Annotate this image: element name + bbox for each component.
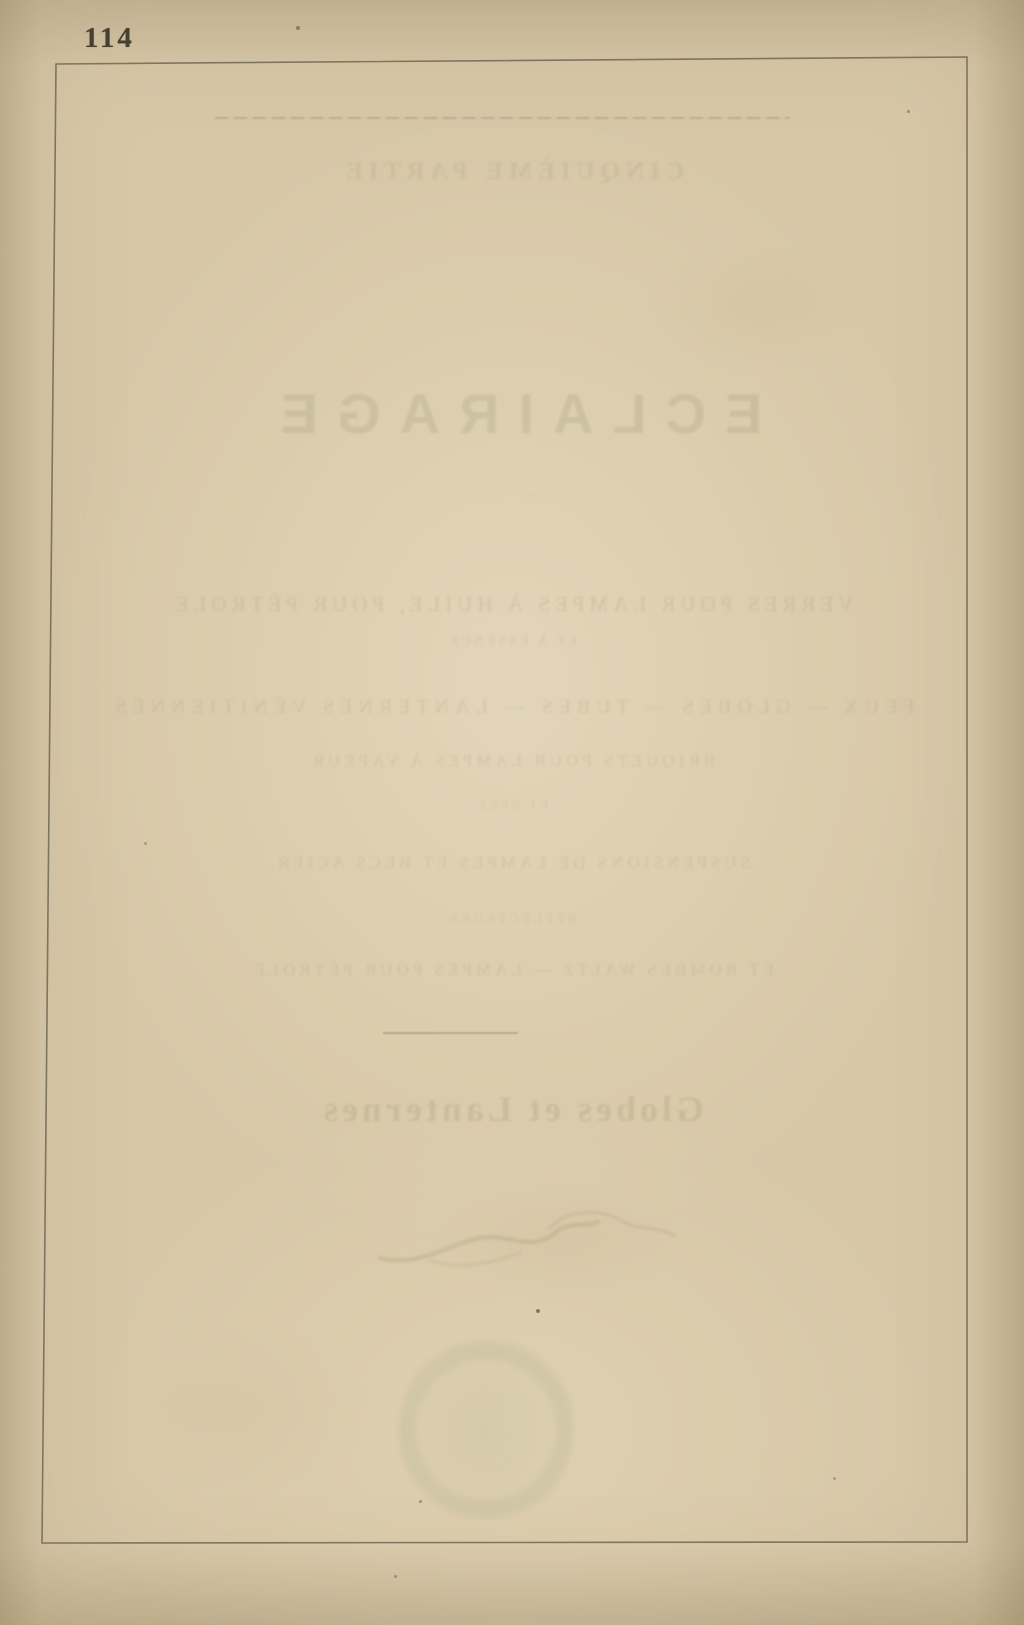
paper-speck — [907, 110, 910, 113]
ghost-signature-scribble — [370, 1198, 690, 1288]
paper-speck — [144, 842, 147, 845]
scanned-book-page: 114 CINQUIÈME PARTIE ECLAIRAGE — ◦ — VER… — [0, 0, 1024, 1625]
ghost-line: ET À ESSENCE — [447, 634, 578, 650]
ghost-line: VERRES POUR LAMPES À HUILE, POUR PÉTROLE — [171, 592, 853, 617]
paper-speck — [419, 1500, 422, 1503]
ghost-ornament: — ◦ — — [486, 486, 538, 502]
paper-speck — [536, 1309, 540, 1313]
ghost-main-title: ECLAIRAGE — [262, 381, 763, 446]
ghost-stamp — [398, 1336, 574, 1524]
page-number: 114 — [84, 22, 135, 55]
paper-speck — [296, 26, 300, 30]
ghost-line: ET BECS — [476, 797, 548, 813]
ghost-line: ET BOMBES WALTZ — LAMPES POUR PÉTROLE — [250, 960, 774, 980]
ghost-line: BRIQUETS POUR LAMPES À VAPEUR — [309, 751, 715, 771]
ghost-line: SUSPENSIONS DE LAMPES ET BECS ACIER — [274, 853, 750, 873]
ghost-part-heading: CINQUIÈME PARTIE — [340, 158, 684, 186]
ghost-line: RÉFLECTEURS — [447, 912, 576, 928]
ghost-chapter-heading: Globes et Lanternes — [320, 1088, 704, 1130]
ghost-rule-top — [215, 117, 790, 119]
paper-speck — [833, 1477, 836, 1480]
paper-speck — [394, 1575, 397, 1578]
ghost-line: FEUX — GLOBES — TUBES — LANTERNES VÉNITI… — [109, 696, 914, 719]
ghost-rule-middle — [383, 1032, 518, 1034]
